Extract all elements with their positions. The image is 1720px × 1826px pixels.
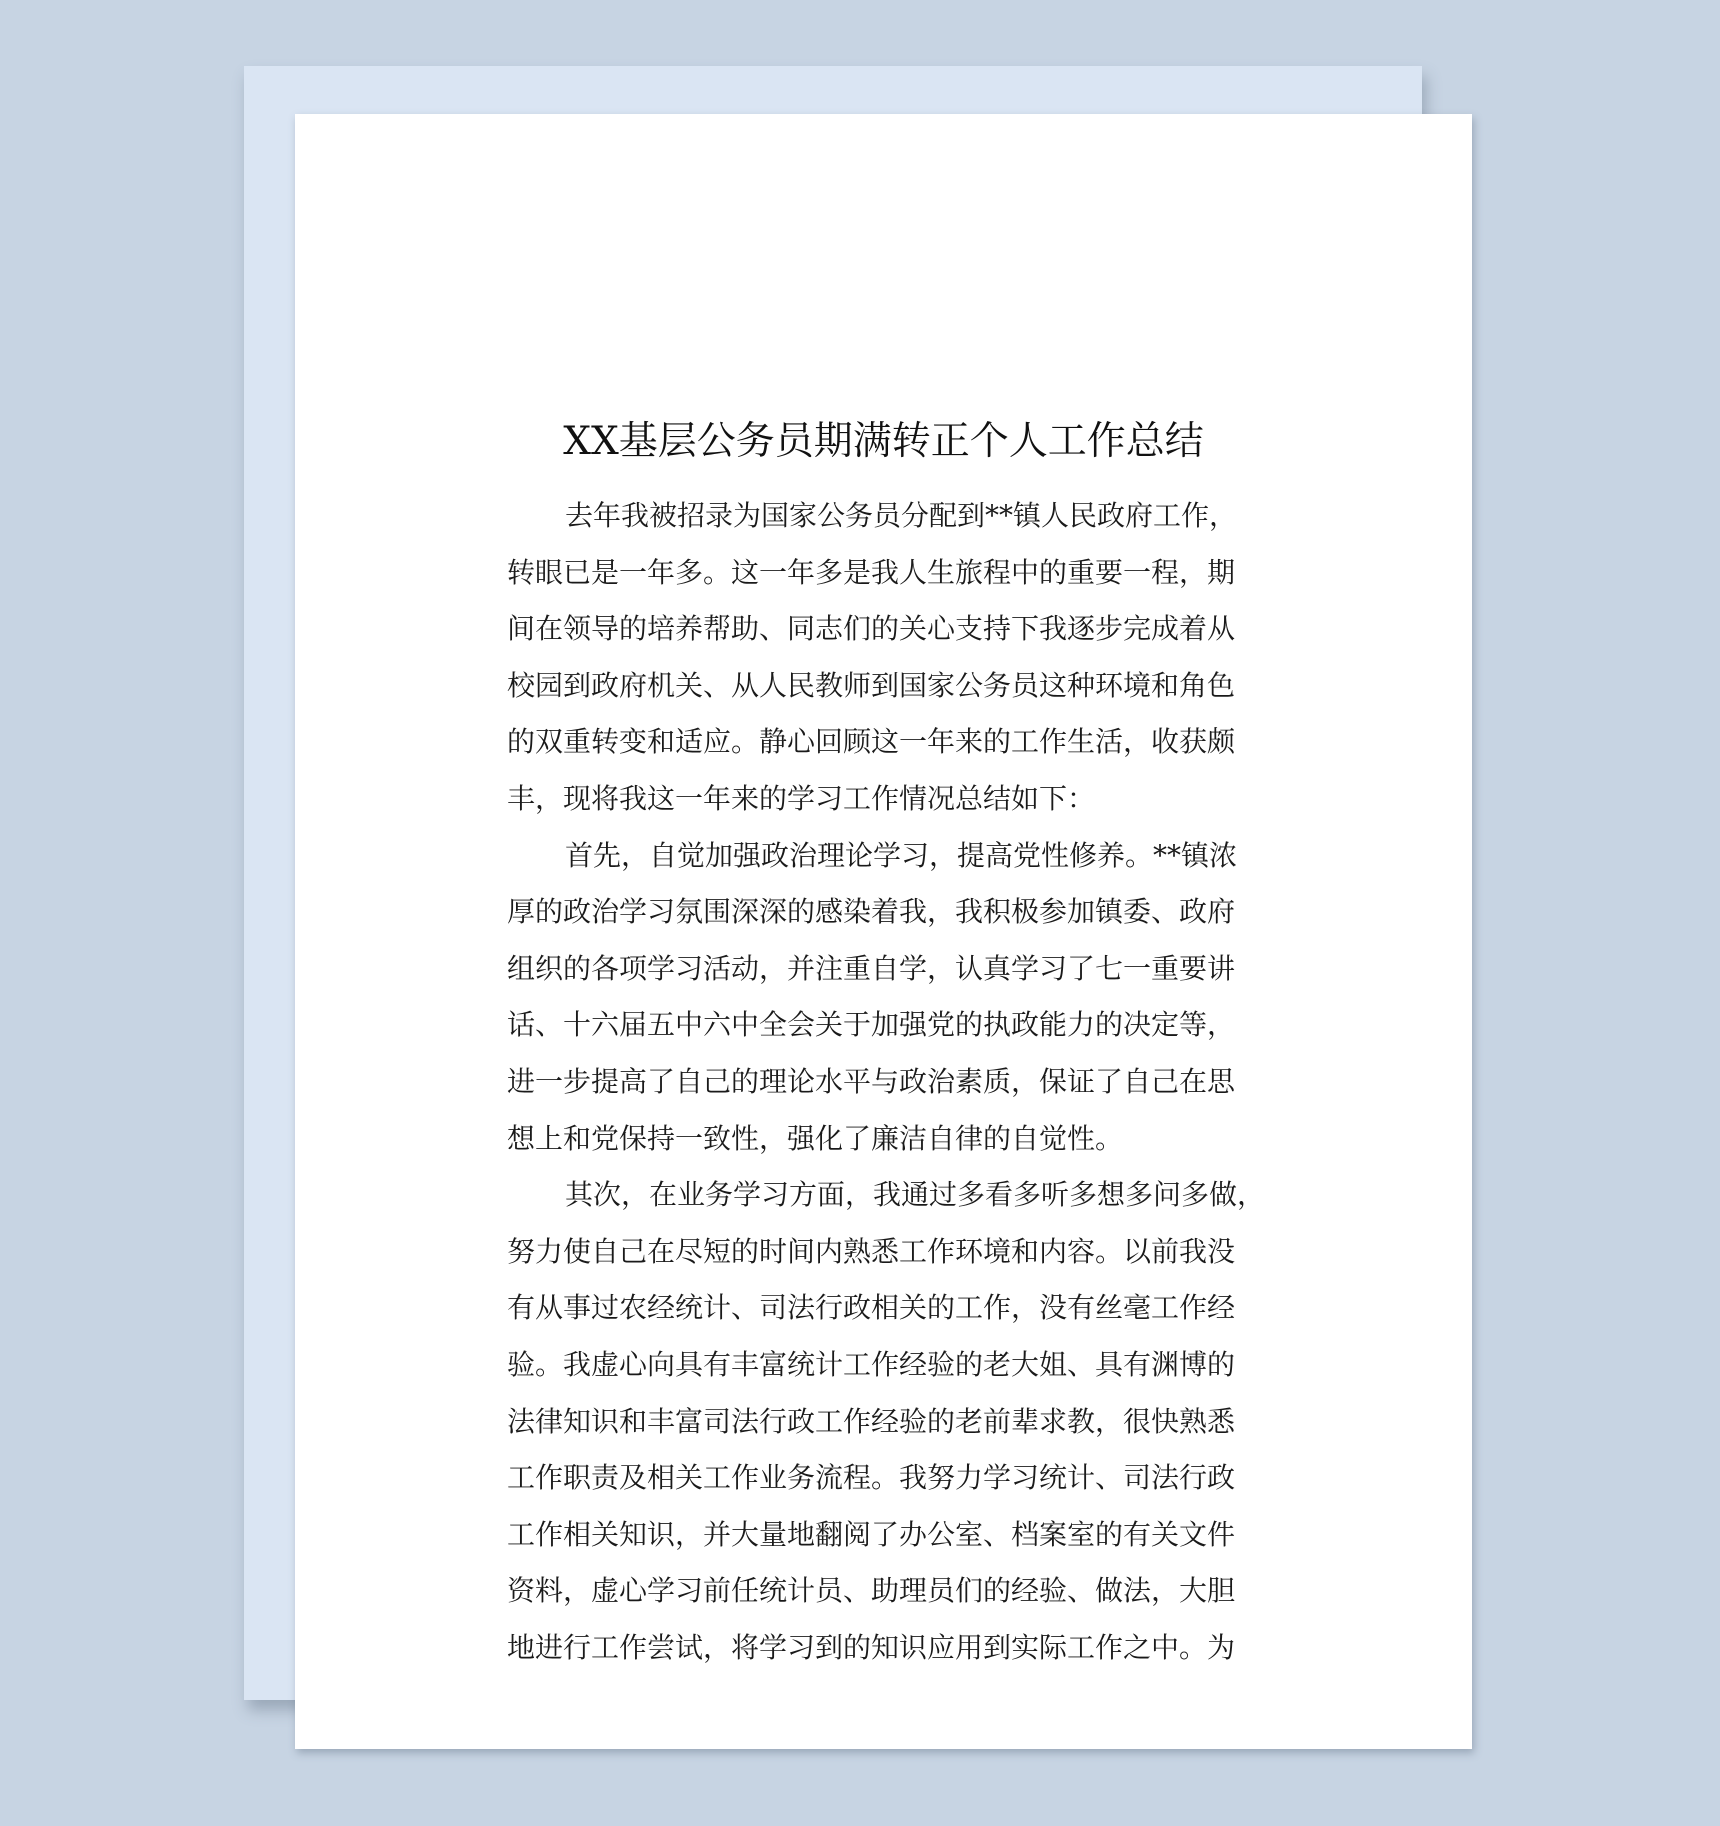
document-page: XX基层公务员期满转正个人工作总结 去年我被招录为国家公务员分配到**镇人民政府…: [295, 114, 1472, 1749]
text-line: 组织的各项学习活动，并注重自学，认真学习了七一重要讲: [449, 941, 1259, 998]
paragraph-business-study: 其次，在业务学习方面，我通过多看多听多想多问多做， 努力使自己在尽短的时间内熟悉…: [507, 1167, 1259, 1676]
paragraph-intro: 去年我被招录为国家公务员分配到**镇人民政府工作， 转眼已是一年多。这一年多是我…: [507, 488, 1259, 828]
text-line: 转眼已是一年多。这一年多是我人生旅程中的重要一程，期: [449, 545, 1259, 602]
text-line: 间在领导的培养帮助、同志们的关心支持下我逐步完成着从: [449, 601, 1259, 658]
text-line: 验。我虚心向具有丰富统计工作经验的老大姐、具有渊博的: [449, 1337, 1259, 1394]
text-line: 的双重转变和适应。静心回顾这一年来的工作生活，收获颇: [449, 714, 1259, 771]
text-line: 话、十六届五中六中全会关于加强党的执政能力的决定等，: [449, 997, 1259, 1054]
text-line: 校园到政府机关、从人民教师到国家公务员这种环境和角色: [449, 658, 1259, 715]
text-line: 进一步提高了自己的理论水平与政治素质，保证了自己在思: [449, 1054, 1259, 1111]
text-line: 想上和党保持一致性，强化了廉洁自律的自觉性。: [449, 1111, 1259, 1168]
text-line: 地进行工作尝试，将学习到的知识应用到实际工作之中。为: [449, 1620, 1259, 1677]
text-line: 有从事过农经统计、司法行政相关的工作，没有丝毫工作经: [449, 1280, 1259, 1337]
document-body: 去年我被招录为国家公务员分配到**镇人民政府工作， 转眼已是一年多。这一年多是我…: [507, 488, 1259, 1676]
text-line: 努力使自己在尽短的时间内熟悉工作环境和内容。以前我没: [449, 1224, 1259, 1281]
text-line: 丰，现将我这一年来的学习工作情况总结如下：: [449, 771, 1259, 828]
text-line: 工作职责及相关工作业务流程。我努力学习统计、司法行政: [449, 1450, 1259, 1507]
text-line: 其次，在业务学习方面，我通过多看多听多想多问多做，: [507, 1167, 1259, 1224]
text-line: 去年我被招录为国家公务员分配到**镇人民政府工作，: [507, 488, 1259, 545]
text-line: 资料，虚心学习前任统计员、助理员们的经验、做法，大胆: [449, 1563, 1259, 1620]
text-line: 工作相关知识，并大量地翻阅了办公室、档案室的有关文件: [449, 1507, 1259, 1564]
text-line: 厚的政治学习氛围深深的感染着我，我积极参加镇委、政府: [449, 884, 1259, 941]
document-title: XX基层公务员期满转正个人工作总结: [295, 416, 1472, 468]
paragraph-political-study: 首先，自觉加强政治理论学习，提高党性修养。**镇浓 厚的政治学习氛围深深的感染着…: [507, 828, 1259, 1168]
text-line: 法律知识和丰富司法行政工作经验的老前辈求教，很快熟悉: [449, 1394, 1259, 1451]
text-line: 首先，自觉加强政治理论学习，提高党性修养。**镇浓: [507, 828, 1259, 885]
